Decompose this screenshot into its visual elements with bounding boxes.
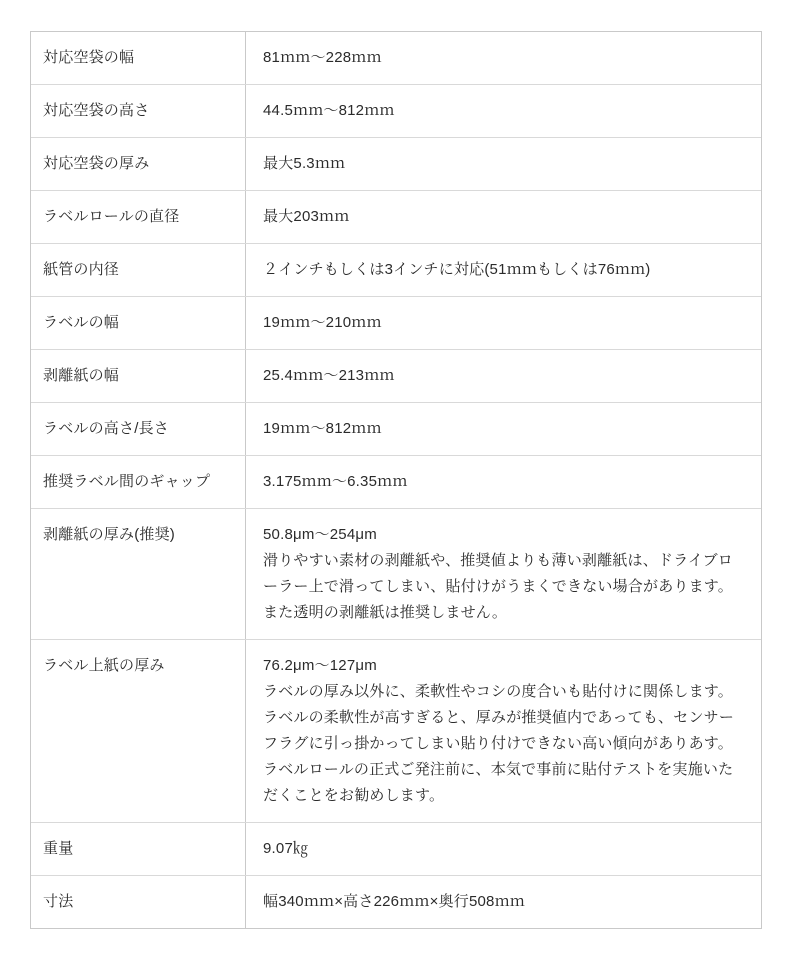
table-row: 対応空袋の高さ 44.5ｍｍ～812ｍｍ: [31, 85, 761, 138]
table-row: 紙管の内径 ２インチもしくは3インチに対応(51ｍｍもしくは76ｍｍ): [31, 244, 761, 297]
spec-value: 76.2μm～127μm ラベルの厚み以外に、柔軟性やコシの度合いも貼付けに関係…: [246, 640, 761, 822]
table-row: ラベルの高さ/長さ 19ｍｍ～812ｍｍ: [31, 403, 761, 456]
spec-value: 19ｍｍ～210ｍｍ: [246, 297, 761, 349]
spec-value: 9.07㎏: [246, 823, 761, 875]
spec-value-main: 9.07㎏: [263, 836, 743, 862]
spec-value-note: ラベルの厚み以外に、柔軟性やコシの度合いも貼付けに関係します。ラベルの柔軟性が高…: [263, 679, 743, 809]
table-row: ラベル上紙の厚み 76.2μm～127μm ラベルの厚み以外に、柔軟性やコシの度…: [31, 640, 761, 823]
spec-label: 重量: [31, 823, 246, 875]
spec-value-main: 最大203ｍｍ: [263, 204, 743, 230]
page: 対応空袋の幅 81ｍｍ～228ｍｍ 対応空袋の高さ 44.5ｍｍ～812ｍｍ 対…: [0, 0, 800, 963]
spec-value-main: 19ｍｍ～812ｍｍ: [263, 416, 743, 442]
spec-value-main: 3.175ｍｍ～6.35ｍｍ: [263, 469, 743, 495]
spec-label: 紙管の内径: [31, 244, 246, 296]
spec-value: 25.4ｍｍ～213ｍｍ: [246, 350, 761, 402]
spec-label: 寸法: [31, 876, 246, 928]
spec-label: ラベルの高さ/長さ: [31, 403, 246, 455]
spec-value: 幅340ｍｍ×高さ226ｍｍ×奥行508ｍｍ: [246, 876, 761, 928]
spec-value: 44.5ｍｍ～812ｍｍ: [246, 85, 761, 137]
table-row: 寸法 幅340ｍｍ×高さ226ｍｍ×奥行508ｍｍ: [31, 876, 761, 928]
spec-value-main: ２インチもしくは3インチに対応(51ｍｍもしくは76ｍｍ): [263, 257, 743, 283]
spec-value-main: 19ｍｍ～210ｍｍ: [263, 310, 743, 336]
spec-label: 剥離紙の幅: [31, 350, 246, 402]
table-row: 対応空袋の厚み 最大5.3ｍｍ: [31, 138, 761, 191]
spec-value-main: 50.8μm～254μm: [263, 522, 743, 548]
spec-value: 19ｍｍ～812ｍｍ: [246, 403, 761, 455]
spec-label: ラベルロールの直径: [31, 191, 246, 243]
spec-label: 対応空袋の高さ: [31, 85, 246, 137]
spec-label: ラベルの幅: [31, 297, 246, 349]
spec-label: 推奨ラベル間のギャップ: [31, 456, 246, 508]
spec-value-note: 滑りやすい素材の剥離紙や、推奨値よりも薄い剥離紙は、ドライブローラー上で滑ってし…: [263, 548, 743, 626]
spec-table: 対応空袋の幅 81ｍｍ～228ｍｍ 対応空袋の高さ 44.5ｍｍ～812ｍｍ 対…: [30, 31, 762, 929]
spec-label: 対応空袋の幅: [31, 32, 246, 84]
spec-value: 最大5.3ｍｍ: [246, 138, 761, 190]
spec-value-main: 81ｍｍ～228ｍｍ: [263, 45, 743, 71]
table-row: 重量 9.07㎏: [31, 823, 761, 876]
spec-value: ２インチもしくは3インチに対応(51ｍｍもしくは76ｍｍ): [246, 244, 761, 296]
spec-label: 剥離紙の厚み(推奨): [31, 509, 246, 639]
table-row: 推奨ラベル間のギャップ 3.175ｍｍ～6.35ｍｍ: [31, 456, 761, 509]
spec-value: 3.175ｍｍ～6.35ｍｍ: [246, 456, 761, 508]
spec-label: 対応空袋の厚み: [31, 138, 246, 190]
spec-value-main: 幅340ｍｍ×高さ226ｍｍ×奥行508ｍｍ: [263, 889, 743, 915]
spec-value-main: 76.2μm～127μm: [263, 653, 743, 679]
spec-value-main: 25.4ｍｍ～213ｍｍ: [263, 363, 743, 389]
table-row: ラベルロールの直径 最大203ｍｍ: [31, 191, 761, 244]
spec-value-main: 最大5.3ｍｍ: [263, 151, 743, 177]
spec-value: 81ｍｍ～228ｍｍ: [246, 32, 761, 84]
spec-value: 50.8μm～254μm 滑りやすい素材の剥離紙や、推奨値よりも薄い剥離紙は、ド…: [246, 509, 761, 639]
spec-label: ラベル上紙の厚み: [31, 640, 246, 822]
spec-value: 最大203ｍｍ: [246, 191, 761, 243]
table-row: 剥離紙の厚み(推奨) 50.8μm～254μm 滑りやすい素材の剥離紙や、推奨値…: [31, 509, 761, 640]
spec-value-main: 44.5ｍｍ～812ｍｍ: [263, 98, 743, 124]
table-row: 対応空袋の幅 81ｍｍ～228ｍｍ: [31, 32, 761, 85]
table-row: ラベルの幅 19ｍｍ～210ｍｍ: [31, 297, 761, 350]
table-row: 剥離紙の幅 25.4ｍｍ～213ｍｍ: [31, 350, 761, 403]
